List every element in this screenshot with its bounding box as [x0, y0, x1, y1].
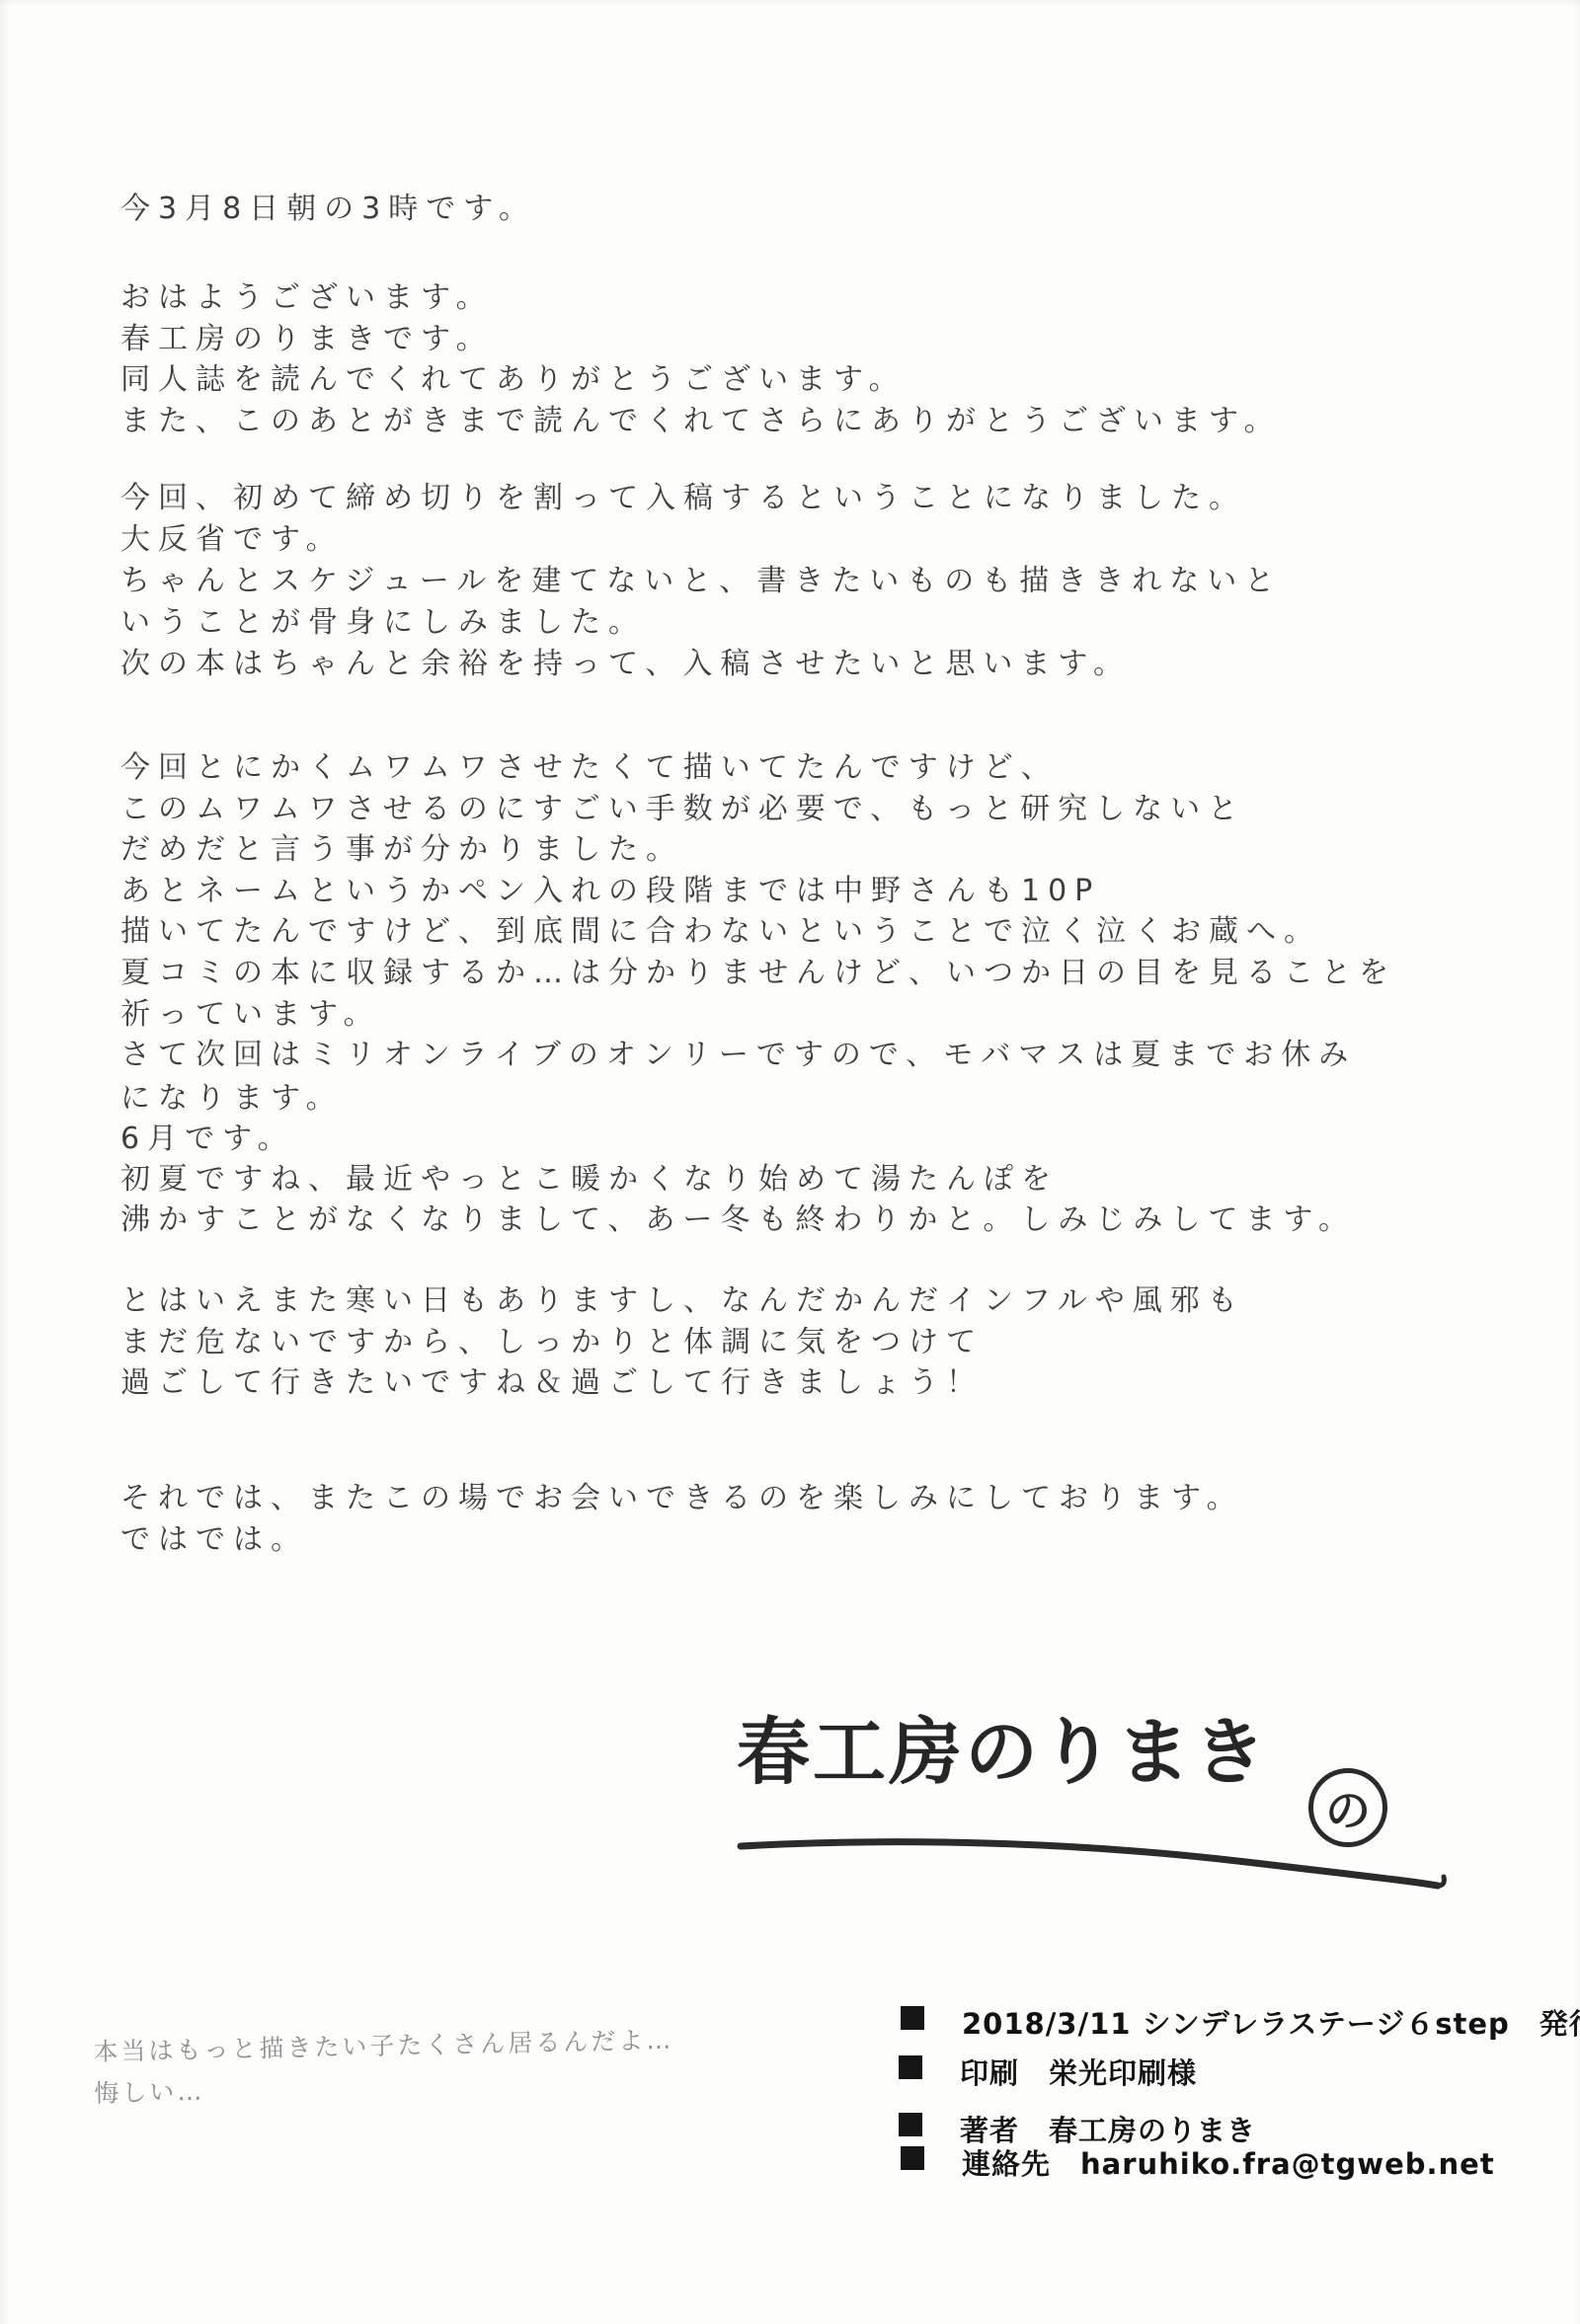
- letter-line: 夏コミの本に収録するか…は分かりませんけど、いつか日の目を見ることを: [120, 956, 1396, 991]
- colophon-contact-line: 連絡先 haruhiko.fra@tgweb.net: [901, 2142, 1495, 2183]
- letter-line: ちゃんとスケジュールを建てないと、書きたいものも描ききれないと: [120, 564, 1282, 599]
- letter-line: ではでは。: [120, 1522, 308, 1558]
- letter-line: まだ危ないですから、しっかりと体調に気をつけて: [120, 1325, 984, 1360]
- bullet-square-icon: [899, 2055, 922, 2079]
- letter-line: いうことが骨身にしみました。: [120, 605, 646, 641]
- letter-line: また、このあとがきまで読んでくれてさらにありがとうございます。: [120, 404, 1282, 439]
- letter-line: 今回、初めて締め切りを割って入稿するということになりました。: [120, 481, 1246, 516]
- colophon-printer-line: 印刷 栄光印刷様: [899, 2052, 1197, 2092]
- letter-line: 次の本はちゃんと余裕を持って、入稿させたいと思います。: [120, 647, 1131, 682]
- letter-line: 春工房のりまきです。: [120, 322, 494, 357]
- letter-line: だめだと言う事が分かりました。: [120, 832, 683, 868]
- colophon-text: 2018/3/11 シンデレラステージ６step 発行: [962, 2002, 1580, 2043]
- signature-name: 春工房のりまき: [737, 1694, 1269, 1799]
- letter-line: 今回とにかくムワムワさせたくて描いてたんですけど、: [120, 750, 1059, 786]
- letter-line: 6月です。: [120, 1122, 295, 1157]
- letter-line: になります。: [120, 1081, 344, 1117]
- letter-line: とはいえまた寒い日もありますし、なんだかんだインフルや風邪も: [120, 1283, 1245, 1319]
- letter-line: 描いてたんですけど、到底間に合わないということで泣く泣くお蔵へ。: [120, 914, 1321, 950]
- signature-mark-character: の: [1325, 1775, 1371, 1840]
- bullet-square-icon: [901, 2006, 924, 2030]
- pencil-side-note: 本当はもっと描きたい子たくさん居るんだよ… 悔しい…: [93, 2020, 675, 2115]
- colophon-publication-line: 2018/3/11 シンデレラステージ６step 発行: [901, 2002, 1580, 2043]
- letter-line: 過ごして行きたいですね＆過ごして行きましょう！: [120, 1365, 984, 1401]
- letter-line: それでは、またこの場でお会いできるのを楽しみにしております。: [120, 1481, 1244, 1516]
- scanned-afterword-page: 今3月8日朝の3時です。 おはようございます。 春工房のりまきです。 同人誌を読…: [0, 0, 1580, 2324]
- letter-line: あとネームというかペン入れの段階までは中野さんも10P: [120, 874, 1100, 909]
- letter-line: おはようございます。: [120, 280, 494, 316]
- colophon-text: 連絡先 haruhiko.fra@tgweb.net: [962, 2142, 1495, 2183]
- colophon-text: 印刷 栄光印刷様: [960, 2052, 1197, 2092]
- letter-line: 同人誌を読んでくれてありがとうございます。: [120, 362, 907, 398]
- bullet-square-icon: [901, 2146, 924, 2170]
- letter-line: このムワムワさせるのにすごい手数が必要で、もっと研究しないと: [120, 792, 1245, 827]
- letter-line: 初夏ですね、最近やっとこ暖かくなり始めて湯たんぽを: [120, 1162, 1059, 1198]
- letter-line: 今3月8日朝の3時です。: [120, 192, 536, 227]
- letter-line: 大反省です。: [120, 522, 344, 558]
- letter-line: さて次回はミリオンライブのオンリーですので、モバマスは夏までお休み: [120, 1038, 1356, 1073]
- bullet-square-icon: [899, 2113, 922, 2136]
- letter-line: 沸かすことがなくなりまして、あー冬も終わりかと。しみじみしてます。: [120, 1202, 1356, 1238]
- signature-underline-stroke: [733, 1834, 1454, 1903]
- letter-line: 祈っています。: [120, 997, 381, 1033]
